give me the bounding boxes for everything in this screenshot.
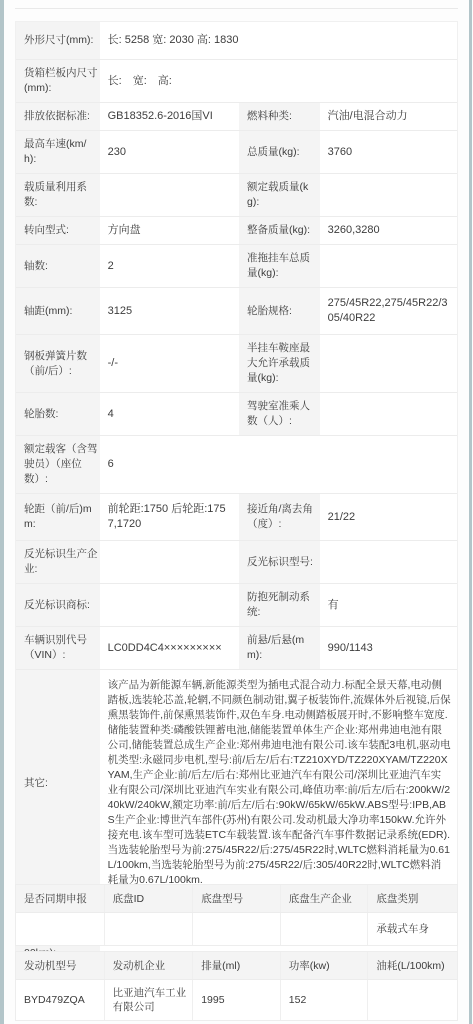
cell-chassis-manufacturer: [280, 913, 368, 945]
value-emission-standard: GB18352.6-2016国VI: [100, 103, 239, 130]
label-reflector-model: 反光标识型号:: [239, 541, 320, 583]
value-cab-passengers: [320, 393, 457, 435]
spec-row-reflector-brand-abs: 反光标识商标: 防抱死制动系统: 有: [16, 584, 457, 627]
value-load-utilization: [100, 174, 239, 216]
label-fuel-type: 燃料种类:: [239, 103, 320, 130]
value-axle-count: 2: [100, 245, 239, 287]
value-reflector-model: [320, 541, 457, 583]
cell-chassis-id: [104, 913, 193, 945]
label-axle-count: 轴数:: [16, 245, 100, 287]
value-trailer-total-mass: [320, 245, 457, 287]
label-reflector-brand: 反光标识商标:: [16, 584, 100, 626]
spec-row-vin-overhang: 车辆识别代号（VIN）: LC0DD4C4××××××××× 前悬/后悬(mm)…: [16, 627, 457, 670]
spec-row-steering-curb: 转向型式: 方向盘 整备质量(kg): 3260,3280: [16, 217, 457, 245]
value-tire-spec: 275/45R22,275/45R22/305/40R22: [320, 288, 457, 334]
label-tire-count: 轮胎数:: [16, 393, 100, 435]
header-engine-model: 发动机型号: [16, 952, 104, 979]
value-reflector-manufacturer: [100, 541, 239, 583]
value-curb-weight: 3260,3280: [320, 217, 457, 244]
value-fuel-type: 汽油/电混合动力: [320, 103, 457, 130]
header-chassis-category: 底盘类别: [367, 885, 457, 912]
label-emission-standard: 排放依据标准:: [16, 103, 100, 130]
spec-row-axles-trailer: 轴数: 2 准拖挂车总质量(kg):: [16, 245, 457, 288]
label-seating-capacity: 额定载客（含驾驶员）（座位数）:: [16, 436, 100, 493]
label-rated-load: 额定载质量(kg):: [239, 174, 320, 216]
label-abs-system: 防抱死制动系统:: [239, 584, 320, 626]
value-tire-count: 4: [100, 393, 239, 435]
previous-row-divider: [15, 8, 458, 9]
spec-row-other: 其它: 该产品为新能源车辆,新能源类型为插电式混合动力.标配全景天幕,电动侧踏板…: [16, 670, 457, 897]
label-approach-departure-angle: 接近角/离去角（度）:: [239, 494, 320, 540]
header-chassis-id: 底盘ID: [104, 885, 193, 912]
label-wheelbase: 轴距(mm):: [16, 288, 100, 334]
spec-row-springs-saddle: 钢板弹簧片数（前/后）: -/- 半挂车鞍座最大允许承载质量(kg):: [16, 335, 457, 393]
spec-row-load-utilization: 载质量利用系数: 额定载质量(kg):: [16, 174, 457, 217]
label-exterior-dimensions: 外形尺寸(mm):: [16, 22, 100, 59]
spec-row-wheelbase-tires: 轴距(mm): 3125 轮胎规格: 275/45R22,275/45R22/3…: [16, 288, 457, 335]
label-saddle-max-load: 半挂车鞍座最大允许承载质量(kg):: [239, 335, 320, 392]
chassis-header-row: 是否同期申报 底盘ID 底盘型号 底盘生产企业 底盘类别: [16, 885, 457, 913]
label-total-mass: 总质量(kg):: [239, 131, 320, 173]
value-reflector-brand: [100, 584, 239, 626]
value-vin: LC0DD4C4×××××××××: [100, 627, 239, 669]
engine-table: 发动机型号 发动机企业 排量(ml) 功率(kw) 油耗(L/100km) BY…: [15, 951, 458, 1021]
chassis-data-row: 承载式车身: [16, 913, 457, 945]
value-steering-type: 方向盘: [100, 217, 239, 244]
spec-row-track-angles: 轮距（前/后)mm: 前轮距:1750 后轮距:1757,1720 接近角/离去…: [16, 494, 457, 541]
cell-engine-model: BYD479ZQA: [16, 980, 104, 1020]
spec-row-cargo-box: 货箱栏板内尺寸(mm): 长: 宽: 高:: [16, 60, 457, 103]
header-chassis-model: 底盘型号: [192, 885, 280, 912]
label-trailer-total-mass: 准拖挂车总质量(kg):: [239, 245, 320, 287]
spec-row-reflector-maker-model: 反光标识生产企业: 反光标识型号:: [16, 541, 457, 584]
value-wheelbase: 3125: [100, 288, 239, 334]
label-curb-weight: 整备质量(kg):: [239, 217, 320, 244]
header-engine-manufacturer: 发动机企业: [104, 952, 193, 979]
header-chassis-manufacturer: 底盘生产企业: [280, 885, 368, 912]
engine-data-row: BYD479ZQA 比亚迪汽车工业有限公司 1995 152: [16, 980, 457, 1020]
cell-chassis-category: 承载式车身: [367, 913, 457, 945]
label-track-width: 轮距（前/后)mm:: [16, 494, 100, 540]
spec-row-seating: 额定载客（含驾驶员）（座位数）: 6: [16, 436, 457, 494]
spec-row-dimensions: 外形尺寸(mm): 长: 5258 宽: 2030 高: 1830: [16, 22, 457, 60]
label-reflector-manufacturer: 反光标识生产企业:: [16, 541, 100, 583]
label-max-speed: 最高车速(km/h):: [16, 131, 100, 173]
header-displacement: 排量(ml): [192, 952, 280, 979]
header-concurrent-declaration: 是否同期申报: [16, 885, 104, 912]
cell-fuel-consumption: [367, 980, 457, 1020]
card-border-right: [469, 0, 472, 1024]
value-overhang: 990/1143: [320, 627, 457, 669]
label-cab-passengers: 驾驶室准乘人数（人）:: [239, 393, 320, 435]
engine-header-row: 发动机型号 发动机企业 排量(ml) 功率(kw) 油耗(L/100km): [16, 952, 457, 980]
value-rated-load: [320, 174, 457, 216]
value-saddle-max-load: [320, 335, 457, 392]
cell-chassis-model: [192, 913, 280, 945]
label-other: 其它:: [16, 670, 100, 896]
label-tire-spec: 轮胎规格:: [239, 288, 320, 334]
spec-row-speed-mass: 最高车速(km/h): 230 总质量(kg): 3760: [16, 131, 457, 174]
card-border-left: [0, 0, 4, 1024]
value-total-mass: 3760: [320, 131, 457, 173]
header-fuel-consumption: 油耗(L/100km): [367, 952, 457, 979]
value-track-width: 前轮距:1750 后轮距:1757,1720: [100, 494, 239, 540]
vehicle-spec-page: 外形尺寸(mm): 长: 5258 宽: 2030 高: 1830 货箱栏板内尺…: [0, 0, 473, 1024]
value-exterior-dimensions: 长: 5258 宽: 2030 高: 1830: [100, 22, 457, 59]
chassis-table: 是否同期申报 底盘ID 底盘型号 底盘生产企业 底盘类别 承载式车身: [15, 884, 458, 946]
value-approach-departure-angle: 21/22: [320, 494, 457, 540]
value-seating-capacity: 6: [100, 436, 457, 493]
spec-row-emission-fuel: 排放依据标准: GB18352.6-2016国VI 燃料种类: 汽油/电混合动力: [16, 103, 457, 131]
cell-power: 152: [280, 980, 368, 1020]
cell-concurrent-declaration: [16, 913, 104, 945]
label-leaf-springs: 钢板弹簧片数（前/后）:: [16, 335, 100, 392]
label-cargo-box-inner: 货箱栏板内尺寸(mm):: [16, 60, 100, 102]
value-cargo-box-inner: 长: 宽: 高:: [100, 60, 457, 102]
cell-displacement: 1995: [192, 980, 280, 1020]
value-other: 该产品为新能源车辆,新能源类型为插电式混合动力.标配全景天幕,电动侧踏板,选装轮…: [100, 670, 457, 896]
label-steering-type: 转向型式:: [16, 217, 100, 244]
value-leaf-springs: -/-: [100, 335, 239, 392]
header-power: 功率(kw): [280, 952, 368, 979]
value-abs-system: 有: [320, 584, 457, 626]
value-max-speed: 230: [100, 131, 239, 173]
cell-engine-manufacturer: 比亚迪汽车工业有限公司: [104, 980, 193, 1020]
label-overhang: 前悬/后悬(mm):: [239, 627, 320, 669]
spec-row-tirecount-cab: 轮胎数: 4 驾驶室准乘人数（人）:: [16, 393, 457, 436]
spec-table: 外形尺寸(mm): 长: 5258 宽: 2030 高: 1830 货箱栏板内尺…: [15, 21, 458, 968]
label-vin: 车辆识别代号（VIN）:: [16, 627, 100, 669]
label-load-utilization: 载质量利用系数:: [16, 174, 100, 216]
